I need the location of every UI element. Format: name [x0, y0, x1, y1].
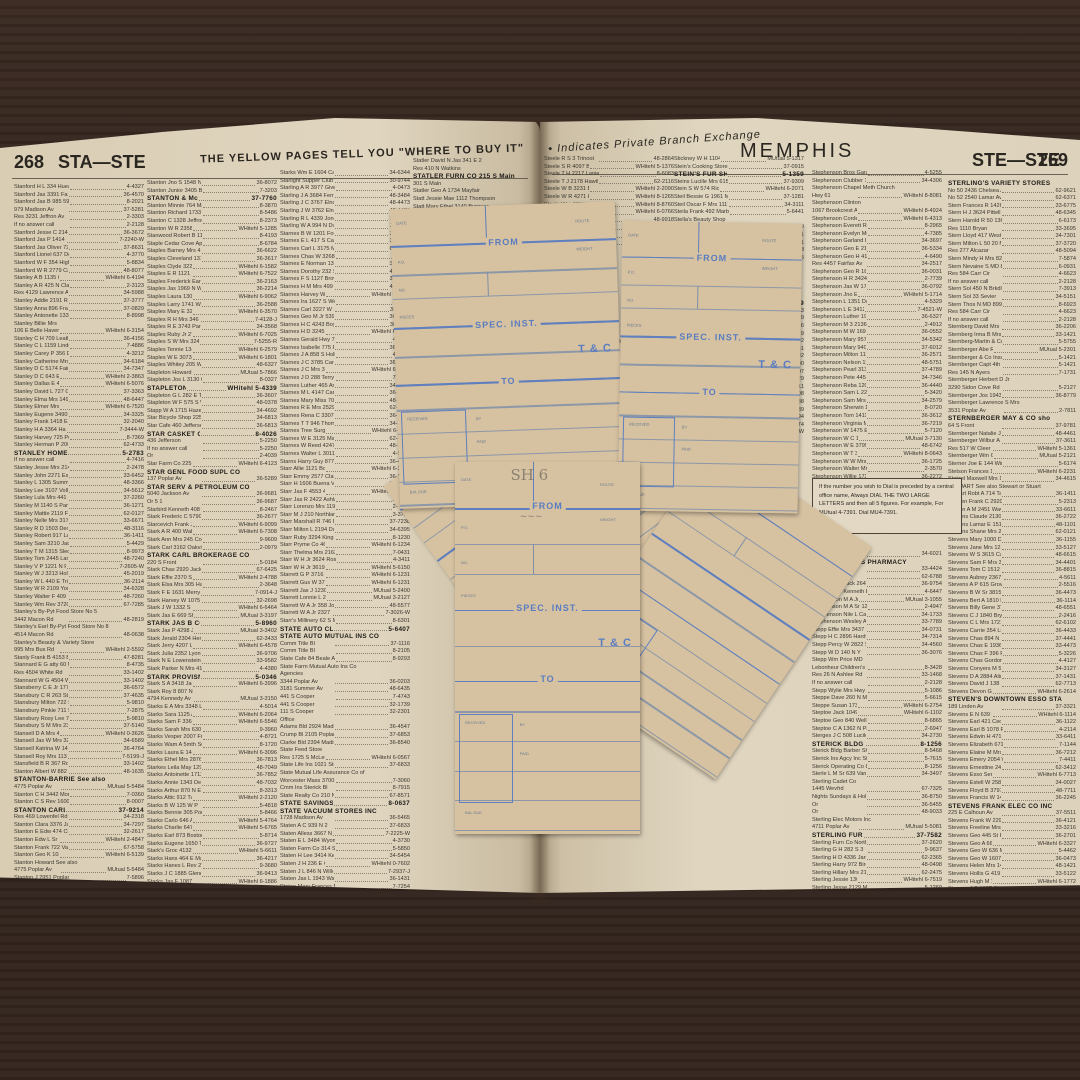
listing-row: Stevens Chas Gordon 3323 Dwight Cove4-41…: [948, 658, 1076, 666]
listing-row: State Cafe 84 Beale Av8-9293: [280, 656, 410, 664]
listing-heading: STANTON-BARRIE See also: [14, 776, 144, 784]
leader-dots: [859, 436, 905, 442]
listing-row: Sterling Furn Co North 42 N Main37-2620: [812, 840, 942, 848]
leader-dots: [1002, 643, 1055, 649]
listing-row: 5040 Jackson Av36-9681: [147, 491, 277, 499]
leader-dots: [1002, 628, 1055, 634]
leader-dots: [867, 627, 921, 633]
listing-phone: 7-7254: [393, 884, 410, 892]
listing-row: Statler Geo A 1734 Mayfair: [413, 188, 533, 196]
listing-row: Stern Sol 450 N Brkdl7-3913: [948, 286, 1076, 294]
listing-row: Stevens Chas E 1936 Nellie Av33-4473: [948, 643, 1076, 651]
listing-row: Sterick Bldg Barber Shop Sterick Bl8-546…: [812, 748, 942, 756]
listing-row: Stephenson Milton 1111 Corder Av36-2571: [812, 352, 942, 360]
listing-name: STANTON CARL E Ins Com Title Bl: [14, 807, 65, 815]
leader-dots: [326, 367, 371, 373]
leader-dots: [858, 208, 903, 214]
listing-name: Staples W E 3073 Polly Ln: [147, 355, 192, 363]
listing-name: Stevens Earl B 1078 Forest Av: [948, 727, 1003, 735]
listing-name: Stansell D A Mrs 4846 Hwy 51 S: [14, 731, 59, 739]
listing-name: Starr H 1606 Buena Vista: [280, 481, 334, 489]
listing-phone: 48-6327: [256, 362, 277, 370]
listing-name: STERNBERGER MAY & CO sho: [948, 415, 1076, 423]
listing-name: Staten E L 3484 Wyoming Av: [280, 838, 335, 846]
listing-name: Stanton Hugh atty Col Mutual Twr: [14, 883, 69, 891]
listing-phone: WHitehl 6-1582: [238, 264, 277, 272]
listing-row: Stephenson Clinton: [812, 200, 942, 208]
listing-name: Starks J C 1885 Glenn Av: [147, 871, 201, 879]
listing-name: Sternberger Abe R 635 Wemshatt: [948, 347, 993, 355]
leader-dots: [202, 362, 256, 368]
listing-row: Res 277 Alcazar48-5094: [948, 248, 1076, 256]
listing-name: Stanton W R 2358 Dunn Av: [147, 226, 192, 234]
listing-name: Stark Elsa Mrs 305 Hawthorne: [147, 582, 202, 590]
listing-heading: STEVENS FRANK ELEC CO INC: [948, 803, 1076, 811]
listing-phone: 36-9681: [256, 491, 277, 499]
listing-phone: 36-4440: [921, 383, 942, 391]
form-spec-inst-label: SPEC. INST.: [676, 331, 745, 342]
leader-dots: [335, 686, 389, 692]
listing-name: Staples R E 3743 Park: [147, 324, 201, 332]
listing-row: Stapleton W F 575 S Willett48-0378: [147, 400, 277, 408]
listing-phone: 32-1739: [389, 702, 410, 710]
listing-phone: 36-0552: [921, 329, 942, 337]
listing-name: Staples E R 1121 Black Rd: [147, 271, 192, 279]
listing-phone: WHitehl 6-0766: [635, 209, 674, 217]
leader-dots: [69, 518, 123, 524]
listing-row: Starbird Kenneth 408 Stonesh Rd8-2467: [147, 507, 277, 515]
listing-row: Stern Thos N MD 899 Madison Av8-6923: [948, 302, 1076, 310]
listing-name: Stern Sol 450 N Brkdl: [948, 286, 1002, 294]
listing-phone: 36-1411: [1056, 491, 1076, 499]
listing-name: Res 26 N Ashlee Rd: [812, 672, 866, 680]
leader-dots: [69, 586, 123, 592]
leader-dots: [69, 268, 123, 274]
listing-phone: 8-1230: [393, 535, 410, 543]
listing-phone: 5-4818: [260, 803, 277, 811]
listing-row: Staples Tennie 1344 N WhiteWHitehl 6-257…: [147, 347, 277, 355]
listing-phone: 2-6947: [925, 726, 942, 734]
listing-row: Staples E R 1121 Black RdWHitehl 6-7522: [147, 271, 277, 279]
listing-phone: WHitehl 8-1265: [635, 194, 674, 202]
listing-row: Stepp Percy W 2822 Summer Rd34-4560: [812, 642, 942, 650]
listing-name: Starnes Carl 3227 W Holland: [280, 307, 334, 315]
listing-phone: 37-5140: [123, 723, 144, 731]
listing-row: Comm Title Bl8-2105: [280, 648, 410, 656]
listing-row: Stevens C J 1840 Bryan2-2416: [948, 613, 1076, 621]
leader-dots: [60, 404, 105, 410]
listing-phone: 62-3412: [1055, 765, 1076, 773]
listing-name: Stanley Walter F 409 Little John Rd: [14, 594, 68, 602]
listing-name: Starr Jas R 2422 Ashland Rd: [280, 497, 335, 505]
listing-name: Starnes H D 3245 Jameson Blvd: [280, 329, 325, 337]
listing-phone: WHitehl 6-7025: [238, 332, 277, 340]
listing-heading: STATE VACUUM STORES INC: [280, 808, 410, 816]
form-from-label: FROM: [485, 236, 522, 247]
leader-dots: [1002, 529, 1055, 535]
listing-name: Starnes Mary Miss 704 S Bellevue Blvd: [280, 398, 334, 406]
leader-dots: [326, 861, 371, 867]
listing-name: Stark Chas 2920 Jackson: [147, 567, 201, 575]
listing-phone: 8-1720: [260, 742, 277, 750]
listing-row: 137 Poplar Av36-5289: [147, 476, 277, 484]
listing-row: Stanton Albert W 882 N Hingham48-1635: [14, 769, 144, 777]
listing-name: Stevens B W Sr 3815 Carnes Av: [948, 590, 1001, 598]
listing-name: Staples Barney Mrs 4130 Willard Av: [147, 248, 201, 256]
leader-dots: [1003, 613, 1057, 619]
listing-name: Stanley Herman P 2003 Shady Oak Av: [14, 442, 68, 450]
leader-dots: [203, 233, 258, 239]
leader-dots: [60, 381, 105, 387]
listing-phone: 36-3617: [256, 256, 277, 264]
listing-heading: STATLER FURN CO 215 S Main: [413, 173, 533, 181]
listing-row: Starns Harry Guy 877 Tata36-4412: [280, 459, 410, 467]
listing-row: Res 1110 Bryan33-3695: [948, 226, 1076, 234]
listing-phone: 7-1144: [1059, 742, 1076, 750]
leader-dots: [202, 499, 256, 505]
listing-row: Stevens A P 615 Grove2-5516: [948, 582, 1076, 590]
listing-phone: 67-6425: [256, 567, 277, 575]
listing-phone: 34-7301: [1055, 233, 1076, 241]
listing-row: 4775 Poplar AvMUtual 5-5484: [14, 867, 144, 875]
listing-phone: 30-9744: [389, 178, 410, 186]
listing-row: Res 26 N Ashlee Rd33-1468: [812, 672, 942, 680]
listing-phone: 8-0327: [260, 377, 277, 385]
listing-phone: 33-9582: [256, 658, 277, 666]
listing-name: Starbird Kenneth 408 Stonesh Rd: [147, 507, 202, 515]
listing-phone: 36-0792: [921, 284, 942, 292]
listing-row: Starnes J C Mrs 360 GuckerWHitehl 6-5587: [280, 367, 410, 375]
listing-row: Stanton C H 3442 Monroe7-0360: [14, 792, 144, 800]
listing-phone: 5-0346: [255, 674, 277, 682]
listing-name: Stephenson Geo E 2167 Court Av: [812, 246, 866, 254]
listing-phone: 34-7346: [921, 375, 942, 383]
listing-phone: 33-6671: [123, 518, 144, 526]
listing-name: Staples Mary E 3290 Sims: [147, 309, 192, 317]
listing-row: Stannard E G atty 60 N D8-4735: [14, 662, 144, 670]
listing-row: 3290 Sidon Cove Rd5-2127: [948, 385, 1076, 393]
leader-dots: [203, 377, 258, 383]
listing-phone: 6-0931: [1059, 264, 1076, 272]
listing-phone: 33-1421: [1055, 332, 1076, 340]
listing-name: Stanley H A 3364 Harbert Av: [14, 427, 66, 435]
leader-dots: [333, 610, 385, 616]
listing-name: Stansbury Pinkie 711 S Orleans: [14, 708, 69, 716]
form-field-label: NO.: [627, 297, 634, 302]
listing-row: 3442 Macon Rd48-2819: [14, 617, 144, 625]
listing-row: Stanford Jesse C 2143 Dorothy Pl36-3672: [14, 230, 144, 238]
listing-row: Stanford Lionel 637 Delnach4-3770: [14, 252, 144, 260]
listing-name: Stanley Eugene 3490 Fairway Av: [14, 412, 68, 420]
listing-row: 995 Mrs Bus RdWHitehl 2-5592: [14, 647, 144, 655]
leader-dots: [335, 322, 389, 328]
listing-phone: 5-6441: [787, 209, 804, 217]
listing-row: Stevens Frank W 229 Keelerth36-4121: [948, 818, 1076, 826]
listing-row: Staten Alless 3667 Natal Av7-2225-W: [280, 831, 410, 839]
listing-row: Starnes J C 3785 Carnes Av36-7028: [280, 360, 410, 368]
listing-phone: WHitehl 2-5592: [105, 647, 144, 655]
listing-phone: WHitehl 8-8081: [903, 193, 942, 201]
listing-name: Sterle L M Sr 639 Vandalia: [812, 771, 866, 779]
form-field-label: ROUTE: [600, 482, 614, 487]
listing-name: Starr Jas F 4553 41st St Rd: [280, 489, 325, 497]
listing-row: Res 469 Lowenfel Rd34-2318: [14, 814, 144, 822]
listing-name: Stephenson Tom 1411 Kelly Ln: [812, 413, 866, 421]
listing-phone: 4-7385: [925, 231, 942, 239]
listing-name: Stevens Chas F 396 Polk Av: [948, 651, 1002, 659]
leader-dots: [187, 385, 226, 391]
listing-phone: MUtual 3-2127: [373, 595, 410, 603]
right-col-4: STERLING'S VARIETY STORES No 50 2436 Che…: [948, 180, 1076, 893]
listing-name: 1067 Brookcrest Av: [812, 208, 857, 216]
listing-name: Staples Larry 1741 Walker: [147, 302, 201, 310]
listing-name: Stepp W D 140 N Y: [812, 650, 866, 658]
listing-row: Stevens Emery 2054 Waverly Av7-4411: [948, 757, 1076, 765]
leader-dots: [202, 415, 256, 421]
leader-dots: [868, 726, 923, 732]
leader-dots: [60, 275, 105, 281]
listing-heading: STATE AUTO MUTUAL INS CO: [280, 633, 410, 641]
listing-row: Stevens Edwin H 4710 Prinette Rd33-6411: [948, 734, 1076, 742]
listing-row: Stevens Devon G 4641 Ranchwood DrWHitehl…: [948, 689, 1076, 697]
listing-name: Stephenson Garland Darin Rd: [812, 238, 866, 246]
listing-name: STATLER FURN CO 215 S Main: [413, 173, 533, 181]
listing-phone: 37-9781: [1055, 423, 1076, 431]
listing-row: Stephenson Sherwin 1140 Hudson Dr8-0720: [812, 405, 942, 413]
listing-phone: WHitehl 6-2754: [903, 703, 942, 711]
listing-phone: WHitehl 6-2231: [1037, 469, 1076, 477]
listing-row: Staten E L 3484 Wyoming Av4-3730: [280, 838, 410, 846]
listing-row: 220 S Front5-0184: [147, 560, 277, 568]
leader-dots: [1002, 795, 1055, 801]
leader-dots: [335, 223, 389, 229]
leader-dots: [193, 818, 238, 824]
leader-dots: [203, 666, 258, 672]
listing-row: Stanley Lula Mrs 441 Tate Av37-2260: [14, 495, 144, 503]
listing-row: 64 S Front37-9781: [948, 423, 1076, 431]
listing-phone: 48-7049: [256, 765, 277, 773]
listing-phone: 2-2128: [1059, 279, 1076, 287]
listing-name: Stanley T M 1315 Sledge Av: [14, 549, 69, 557]
listing-phone: MUtual 5-2400: [373, 588, 410, 596]
form-rule-line: [621, 284, 801, 289]
form-field-label: BAL DUE: [465, 810, 482, 815]
listing-name: Stephenson M 3 2136 Nash: [812, 322, 867, 330]
listing-name: STEUART See also Stewart or Stuart: [948, 484, 1076, 492]
listing-row: Stevens Chas F 396 Polk Av5-3226: [948, 651, 1076, 659]
listing-row: Steele W B 3231 Bramble AvWHitehl 2-2090: [544, 186, 674, 194]
listing-heading: STERLING'S VARIETY STORES: [948, 180, 1076, 188]
listing-name: Starr Thelma Mrs 2163 Jeffron Av: [280, 550, 335, 558]
listing-name: Res 145 N Ayers: [948, 370, 1002, 378]
leader-dots: [335, 762, 389, 768]
leader-dots: [202, 757, 256, 763]
leader-dots: [1003, 264, 1057, 270]
listing-phone: 36-4156: [123, 336, 144, 344]
listing-row: Sternberger Natalie J 4362 Eugenie Rd48-…: [948, 431, 1076, 439]
leader-dots: [1003, 362, 1057, 368]
listing-row: 4514 Macon Rd48-0638: [14, 632, 144, 640]
listing-phone: 36-4121: [1055, 818, 1076, 826]
listing-row: Sterling G H 282 S 39-9637: [812, 847, 942, 855]
listing-name: Stephenson Sherwin 1140 Hudson Dr: [812, 405, 867, 413]
listing-row: Stanton Richard 1733 Bunts Pkwy8-5486: [147, 210, 277, 218]
listing-phone: 48-8077: [123, 268, 144, 276]
leader-dots: [193, 271, 238, 277]
leader-dots: [335, 709, 389, 715]
leader-dots: [326, 466, 371, 472]
listing-name: Stern Sol 33 Sevier: [948, 294, 1001, 302]
listing-row: Stanley Elma Mrs 1491 Linden Cove48-6447: [14, 397, 144, 405]
listing-row: 3181 Summer Av48-6435: [280, 686, 410, 694]
listing-name: Stanley Billie Mrs: [14, 321, 144, 329]
listing-name: Starlight Supper Club Hwy 51 S: [280, 178, 334, 186]
form-field-label: PIECES: [400, 314, 415, 320]
listing-phone: MUtual 5-2301: [1039, 347, 1076, 355]
listing-row: Starnes W Reed 4247 Knox Av48-1723: [280, 443, 410, 451]
listing-phone: WHitehl 6-3127: [238, 886, 277, 893]
listing-name: Sterges J C 508 Lucile: [812, 733, 866, 741]
listing-name: Or: [812, 802, 866, 810]
listing-name: Stanford W R 2779 Carnegie Rd: [14, 268, 68, 276]
listing-phone: 48-3484: [389, 193, 410, 201]
leader-dots: [335, 200, 389, 206]
listing-name: Stark Jerald 2304 Henry Av: [147, 636, 201, 644]
listing-row: Sternberger Lawrence S Mrs: [948, 400, 1076, 408]
leader-dots: [327, 588, 373, 594]
listing-name: Stanley Elma Mrs 1491 Linden Cove: [14, 397, 68, 405]
listing-row: Stanley David L 727 Court Av37-3363: [14, 389, 144, 397]
listing-phone: 48-6447: [123, 397, 144, 405]
listing-phone: 34-0027: [1055, 780, 1076, 788]
leader-dots: [994, 347, 1039, 353]
listing-row: Stark Harvey W 1075 Vanilla Av32-2698: [147, 598, 277, 606]
listing-row: Staple Cedar Cove Apts 1607 Frankln8-678…: [147, 241, 277, 249]
leader-dots: [201, 620, 254, 626]
listing-name: Stansbury S M Mrs 2393 Chelsea Av: [14, 723, 68, 731]
listing-phone: 7-3060: [393, 778, 410, 786]
leader-dots: [1002, 818, 1055, 824]
listing-phone: 2-5516: [1059, 582, 1076, 590]
listing-name: Lebonheur Children's Hosp: [812, 665, 867, 673]
listing-name: Stapleton Howard D 8140 Burns Av: [147, 370, 193, 378]
leader-dots: [1003, 499, 1057, 505]
listing-name: Steil Bessie G 1961 Mayfair: [674, 194, 728, 202]
leader-dots: [199, 195, 250, 201]
listing-row: Stanley W R 2109 Young Av34-6328: [14, 586, 144, 594]
leader-dots: [868, 756, 923, 762]
listing-row: Or 5 136-9687: [147, 499, 277, 507]
listing-row: Stephenson M 3 2136 Nash2-4912: [812, 322, 942, 330]
leader-dots: [1002, 560, 1055, 566]
listing-name: Stanton Clara 3376 Jackson Av: [14, 822, 68, 830]
leader-dots: [335, 269, 389, 275]
listing-row: Stanford W R 2779 Carnegie Rd48-8077: [14, 268, 144, 276]
listing-name: Stephenson Cordelia 3165 Fiesta: [812, 216, 857, 224]
leader-dots: [193, 264, 238, 270]
listing-row: Col Mutual Twr5-4707: [14, 890, 144, 893]
leader-dots: [868, 466, 923, 472]
listing-row: Stephenson M W 1696 Oakview Rd36-0552: [812, 329, 942, 337]
listing-phone: 5-1421: [1059, 362, 1076, 370]
leader-dots: [69, 488, 123, 494]
leader-dots: [326, 572, 371, 578]
listing-row: Stephenson Bros Garage 3413 Poplar Av4-5…: [812, 170, 942, 178]
listing-row: Stevens Claude 2130 Tate36-2722: [948, 514, 1076, 522]
leader-dots: [326, 489, 371, 495]
listing-phone: MUtual 5-2121: [1039, 453, 1076, 461]
form-from-label: FROM: [694, 252, 731, 263]
form-field-label: BY: [682, 425, 687, 430]
listing-name: Res 469 Lowenfel Rd: [14, 814, 68, 822]
form-section-rule: [651, 533, 809, 641]
listing-row: Starks Arthur 870 N E8-3313: [147, 788, 277, 796]
listing-name: Starnes Luther 465 Anker Av: [280, 383, 334, 391]
listing-row: Stanley L 1305 Summer Av48-3366: [14, 480, 144, 488]
listing-phone: WHitehl 2-2120: [238, 795, 277, 803]
listing-row: Sterling Hillary Mrs 2124 Charjean Rd62-…: [812, 870, 942, 878]
listing-phone: 36-2571: [921, 352, 942, 360]
listing-name: Stark N E Lowenstein Rd: [147, 658, 201, 666]
leader-dots: [69, 746, 123, 752]
leader-dots: [867, 360, 921, 366]
listing-row: Staples S W Mrs 324 York Av7-5255-R: [147, 339, 277, 347]
leader-dots: [326, 428, 371, 434]
listing-row: Stanford Jas P 1414 Faxon Av7-2240-W: [14, 237, 144, 245]
listing-name: Starks Jas F 1087 Dixie Rd: [147, 879, 192, 887]
listing-name: Stevens A P 615 Grove: [948, 582, 1002, 590]
listing-row: Starks Jas F 1087 Dixie RdWHitehl 6-1886: [147, 879, 277, 887]
listing-row: Staples Jas 1969 N White36-2214: [147, 286, 277, 294]
leader-dots: [335, 436, 389, 442]
listing-row: Stevens Conyers M 534 S Cooper34-3127: [948, 666, 1076, 674]
listing-name: Starr Marshall R 746 Frayer Dr: [280, 519, 334, 527]
leader-dots: [336, 512, 391, 518]
leader-dots: [336, 846, 391, 852]
leader-dots: [202, 598, 256, 604]
form-divider: [697, 286, 699, 309]
listing-name: Stanley Nelle Mrs 3172 Evelyn: [14, 518, 68, 526]
listing-name: Stanley's Earl By-Pyt Food Store No 8: [14, 624, 144, 632]
listing-row: 4794 Kennedy AvMUtual 3-3150: [147, 696, 277, 704]
leader-dots: [69, 602, 123, 608]
listing-phone: 48-2864: [653, 156, 674, 164]
listing-row: Cmm Ins Sterick Bl8-7915: [280, 785, 410, 793]
listing-row: Staten J H 236 E Olive AvWHitehl 0-7602: [280, 861, 410, 869]
listing-row: Stanton Clara 3376 Jackson Av34-7297: [14, 822, 144, 830]
listing-name: Comm Title Bl: [280, 641, 334, 649]
leader-dots: [336, 694, 391, 700]
leader-dots: [70, 351, 125, 357]
leader-dots: [336, 648, 391, 654]
leader-dots: [867, 786, 921, 792]
listing-phone: 7-3203: [260, 188, 277, 196]
listing-row: Staten A C 939 N 237-6833: [280, 823, 410, 831]
leader-dots: [336, 550, 391, 556]
listing-row: Stark Chas 2920 Jackson67-6425: [147, 567, 277, 575]
listing-row: Starrett W A Jr 358 Josephine48-5577: [280, 603, 410, 611]
leader-dots: [868, 748, 923, 754]
leader-dots: [337, 557, 393, 563]
listing-row: Or36-5455: [812, 802, 942, 810]
listing-name: Stanford H L 334 Hueasts: [14, 184, 69, 192]
listing-row: Stevens Geo W 1607 S Parkway E36-0473: [948, 856, 1076, 864]
form-rule-line: [455, 830, 640, 831]
listing-row: State Mutual Life Assurance Co of: [280, 770, 410, 778]
listing-row: Starks Sam F 3363 W James CirWHitehl 6-5…: [147, 719, 277, 727]
leader-dots: [1002, 226, 1055, 232]
form-field-label: PAID: [520, 751, 529, 756]
